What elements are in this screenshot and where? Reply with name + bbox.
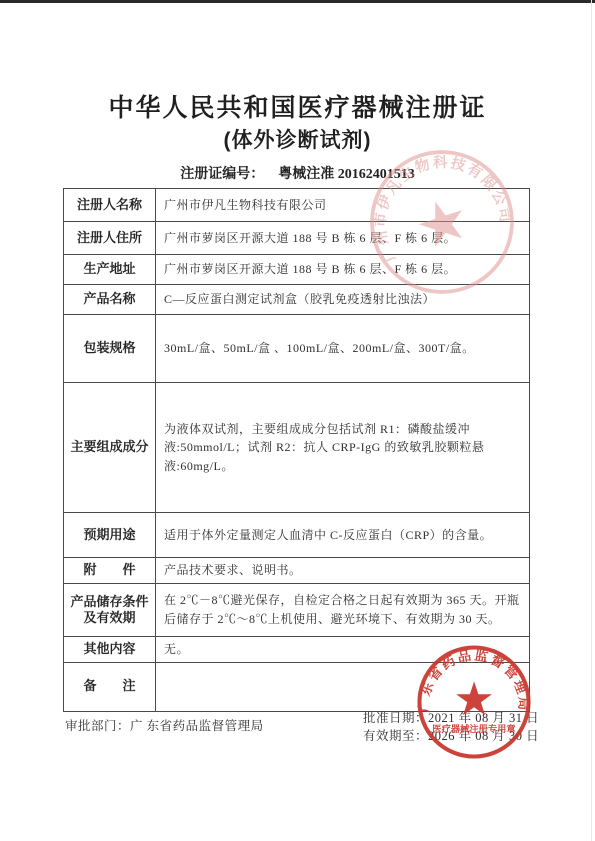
row-label: 主要组成成分 (64, 383, 156, 513)
valid-until-date: 有效期至：2026 年 08 月 30 日 (363, 728, 539, 744)
table-row: 产品名称 C—反应蛋白测定试剂盒（胶乳免疫透射比浊法） (64, 285, 530, 315)
row-label: 附 件 (64, 558, 156, 584)
scan-edge-artifact-top (0, 0, 595, 3)
row-label: 注册人名称 (64, 189, 156, 222)
row-value: 在 2℃－8℃避光保存，自检定合格之日起有效期为 365 天。开瓶后储存于 2℃… (156, 584, 530, 637)
table-row: 注册人名称 广州市伊凡生物科技有限公司 (64, 189, 530, 222)
table-row: 附 件 产品技术要求、说明书。 (64, 558, 530, 584)
approval-date: 批准日期：2021 年 08 月 31 日 (363, 710, 539, 726)
row-value (156, 662, 530, 711)
certificate-table: 注册人名称 广州市伊凡生物科技有限公司 注册人住所 广州市萝岗区开源大道 188… (63, 188, 530, 712)
table-row: 其他内容 无。 (64, 637, 530, 663)
row-label: 产品名称 (64, 285, 156, 315)
row-label: 预期用途 (64, 513, 156, 558)
row-value: 广州市伊凡生物科技有限公司 (156, 189, 530, 222)
row-value: 适用于体外定量测定人血清中 C-反应蛋白（CRP）的含量。 (156, 513, 530, 558)
registration-number-label: 注册证编号： (180, 167, 264, 182)
certificate-subtitle: (体外诊断试剂) (0, 124, 595, 154)
row-value: 30mL/盒、50mL/盒 、100mL/盒、200mL/盒、300T/盒。 (156, 315, 530, 383)
row-label: 备 注 (64, 662, 156, 711)
table-row: 注册人住所 广州市萝岗区开源大道 188 号 B 栋 6 层、F 栋 6 层。 (64, 222, 530, 255)
table-row: 包装规格 30mL/盒、50mL/盒 、100mL/盒、200mL/盒、300T… (64, 315, 530, 383)
table-row: 产品储存条件及有效期 在 2℃－8℃避光保存，自检定合格之日起有效期为 365 … (64, 584, 530, 637)
row-value: 产品技术要求、说明书。 (156, 558, 530, 584)
certificate-page: { "page": { "title": "中华人民共和国医疗器械注册证", "… (0, 0, 595, 841)
registration-number-value: 粤械注准 20162401513 (278, 167, 415, 182)
row-value: 广州市萝岗区开源大道 188 号 B 栋 6 层、F 栋 6 层。 (156, 255, 530, 285)
table-row: 生产地址 广州市萝岗区开源大道 188 号 B 栋 6 层、F 栋 6 层。 (64, 255, 530, 285)
row-label: 产品储存条件及有效期 (64, 584, 156, 637)
row-label: 注册人住所 (64, 222, 156, 255)
table-row: 预期用途 适用于体外定量测定人血清中 C-反应蛋白（CRP）的含量。 (64, 513, 530, 558)
table-row: 主要组成成分 为液体双试剂，主要组成成分包括试剂 R1：磷酸盐缓冲液:50mmo… (64, 383, 530, 513)
registration-number-line: 注册证编号：粤械注准 20162401513 (0, 163, 595, 183)
row-value: 为液体双试剂，主要组成成分包括试剂 R1：磷酸盐缓冲液:50mmol/L；试剂 … (156, 383, 530, 513)
table-row: 备 注 (64, 662, 530, 711)
approval-department: 审批部门：广 东省药品监督管理局 (65, 716, 264, 734)
row-value: C—反应蛋白测定试剂盒（胶乳免疫透射比浊法） (156, 285, 530, 315)
row-label: 生产地址 (64, 255, 156, 285)
row-label: 包装规格 (64, 315, 156, 383)
row-value: 广州市萝岗区开源大道 188 号 B 栋 6 层、F 栋 6 层。 (156, 222, 530, 255)
row-label: 其他内容 (64, 637, 156, 663)
footer-dates: 批准日期：2021 年 08 月 31 日 有效期至：2026 年 08 月 3… (363, 710, 539, 747)
row-value: 无。 (156, 637, 530, 663)
page-title: 中华人民共和国医疗器械注册证 (0, 88, 595, 124)
